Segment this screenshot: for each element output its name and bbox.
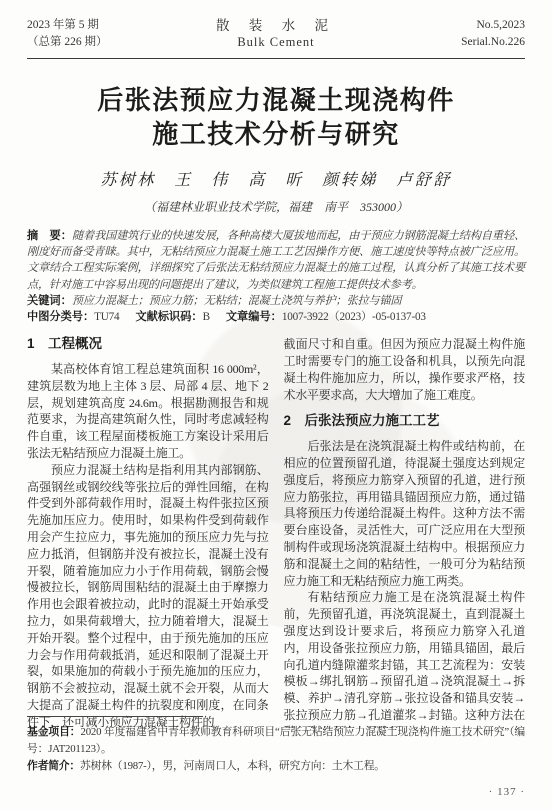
keywords: 关键词：预应力混凝土；预应力筋；无粘结；混凝土浇筑与养护；张拉与锚固 [27,293,525,309]
article-title-line1: 后张法预应力混凝土现浇构件 [27,84,525,118]
section-2-paragraph-2: 有粘结预应力施工是在浇筑混凝土构件前，先预留孔道，再浇筑混凝土，直到混凝土强度达… [284,589,526,728]
section-1-paragraph-1: 某高校体育馆工程总建筑面积 16 000m²，建筑层数为地上主体 3 层、局部 … [27,361,269,462]
article-title: 后张法预应力混凝土现浇构件 施工技术分析与研究 [27,84,525,152]
keywords-label: 关键词： [27,295,72,307]
right-column: 截面尺寸和自重。但因为预应力混凝土构件施工时需要专门的施工设备和机具，以预先向混… [284,336,526,728]
journal-header: 2023 年第 5 期 （总第 226 期） 散 装 水 泥 Bulk Ceme… [27,0,525,51]
article-id-label: 文章编号： [226,311,282,323]
issue-info-left: 2023 年第 5 期 （总第 226 期） [27,17,177,51]
fund-text: 2020 年度福建省中青年教师教育科研项目“后张无粘结预应力混凝土现浇构件施工技… [27,726,525,755]
abstract-label: 摘 要： [27,230,72,242]
classification-line: 中图分类号：TU74文献标识码：B文章编号：1007-3922（2023）-05… [27,309,525,325]
fund-note: 基金项目：2020 年度福建省中青年教师教育科研项目“后张无粘结预应力混凝土现浇… [27,724,525,758]
author-bio-note: 作者简介：苏树林（1987-），男，河南周口人，本科，研究方向：土木工程。 [27,758,525,775]
issue-info-right: No.5,2023 Serial.No.226 [375,17,525,51]
journal-name-cn: 散 装 水 泥 [177,17,375,34]
doc-code-label: 文献标识码： [135,311,202,323]
issue-total-cn: （总第 226 期） [27,34,177,51]
article-id-value: 1007-3922（2023）-05-0137-03 [282,311,426,323]
issue-number-cn: 2023 年第 5 期 [27,17,177,34]
paper-page: 2023 年第 5 期 （总第 226 期） 散 装 水 泥 Bulk Ceme… [0,0,552,810]
doc-code-value: B [203,311,210,323]
journal-name: 散 装 水 泥 Bulk Cement [177,17,375,51]
article-meta: 摘 要：随着我国建筑行业的快速发展，各种高楼大厦拔地而起，由于预应力钢筋混凝土结… [27,228,525,325]
abstract: 摘 要：随着我国建筑行业的快速发展，各种高楼大厦拔地而起，由于预应力钢筋混凝土结… [27,228,525,293]
affiliation: （福建林业职业技术学院，福建 南平 353000） [27,198,525,215]
section-1-heading: 1 工程概况 [27,336,269,353]
clc-value: TU74 [94,311,119,323]
two-column-body: 1 工程概况 某高校体育馆工程总建筑面积 16 000m²，建筑层数为地上主体 … [27,336,525,728]
clc-label: 中图分类号： [27,311,94,323]
section-2-paragraph-1: 后张法是在浇筑混凝土构件或结构前，在相应的位置预留孔道，待混凝土强度达到规定强度… [284,438,526,589]
section-2-heading: 2 后张法预应力施工工艺 [284,413,526,430]
journal-name-en: Bulk Cement [177,34,375,51]
page-footer: 基金项目：2020 年度福建省中青年教师教育科研项目“后张无粘结预应力混凝土现浇… [27,716,525,798]
issue-number-en: No.5,2023 [375,17,525,34]
bio-text: 苏树林（1987-），男，河南周口人，本科，研究方向：土木工程。 [80,760,385,772]
bio-label: 作者简介： [27,760,80,772]
serial-number-en: Serial.No.226 [375,34,525,51]
authors: 苏树林 王 伟 高 昕 颜转娣 卢舒舒 [27,167,525,190]
article-title-line2: 施工技术分析与研究 [27,118,525,152]
footnote-divider [27,716,203,717]
abstract-text: 随着我国建筑行业的快速发展，各种高楼大厦拔地而起，由于预应力钢筋混凝土结构自重轻… [27,230,525,291]
left-column: 1 工程概况 某高校体育馆工程总建筑面积 16 000m²，建筑层数为地上主体 … [27,336,269,728]
section-1-paragraph-2-continued: 截面尺寸和自重。但因为预应力混凝土构件施工时需要专门的施工设备和机具，以预先向混… [284,336,526,403]
page-number: · 137 · [27,786,525,798]
fund-label: 基金项目： [27,726,81,738]
section-1-paragraph-2: 预应力混凝土结构是指利用其内部钢筋、高强钢丝或钢绞线等张拉后的弹性回缩，在构件受… [27,462,269,728]
keywords-text: 预应力混凝土；预应力筋；无粘结；混凝土浇筑与养护；张拉与锚固 [72,295,402,307]
header-divider [27,58,525,59]
